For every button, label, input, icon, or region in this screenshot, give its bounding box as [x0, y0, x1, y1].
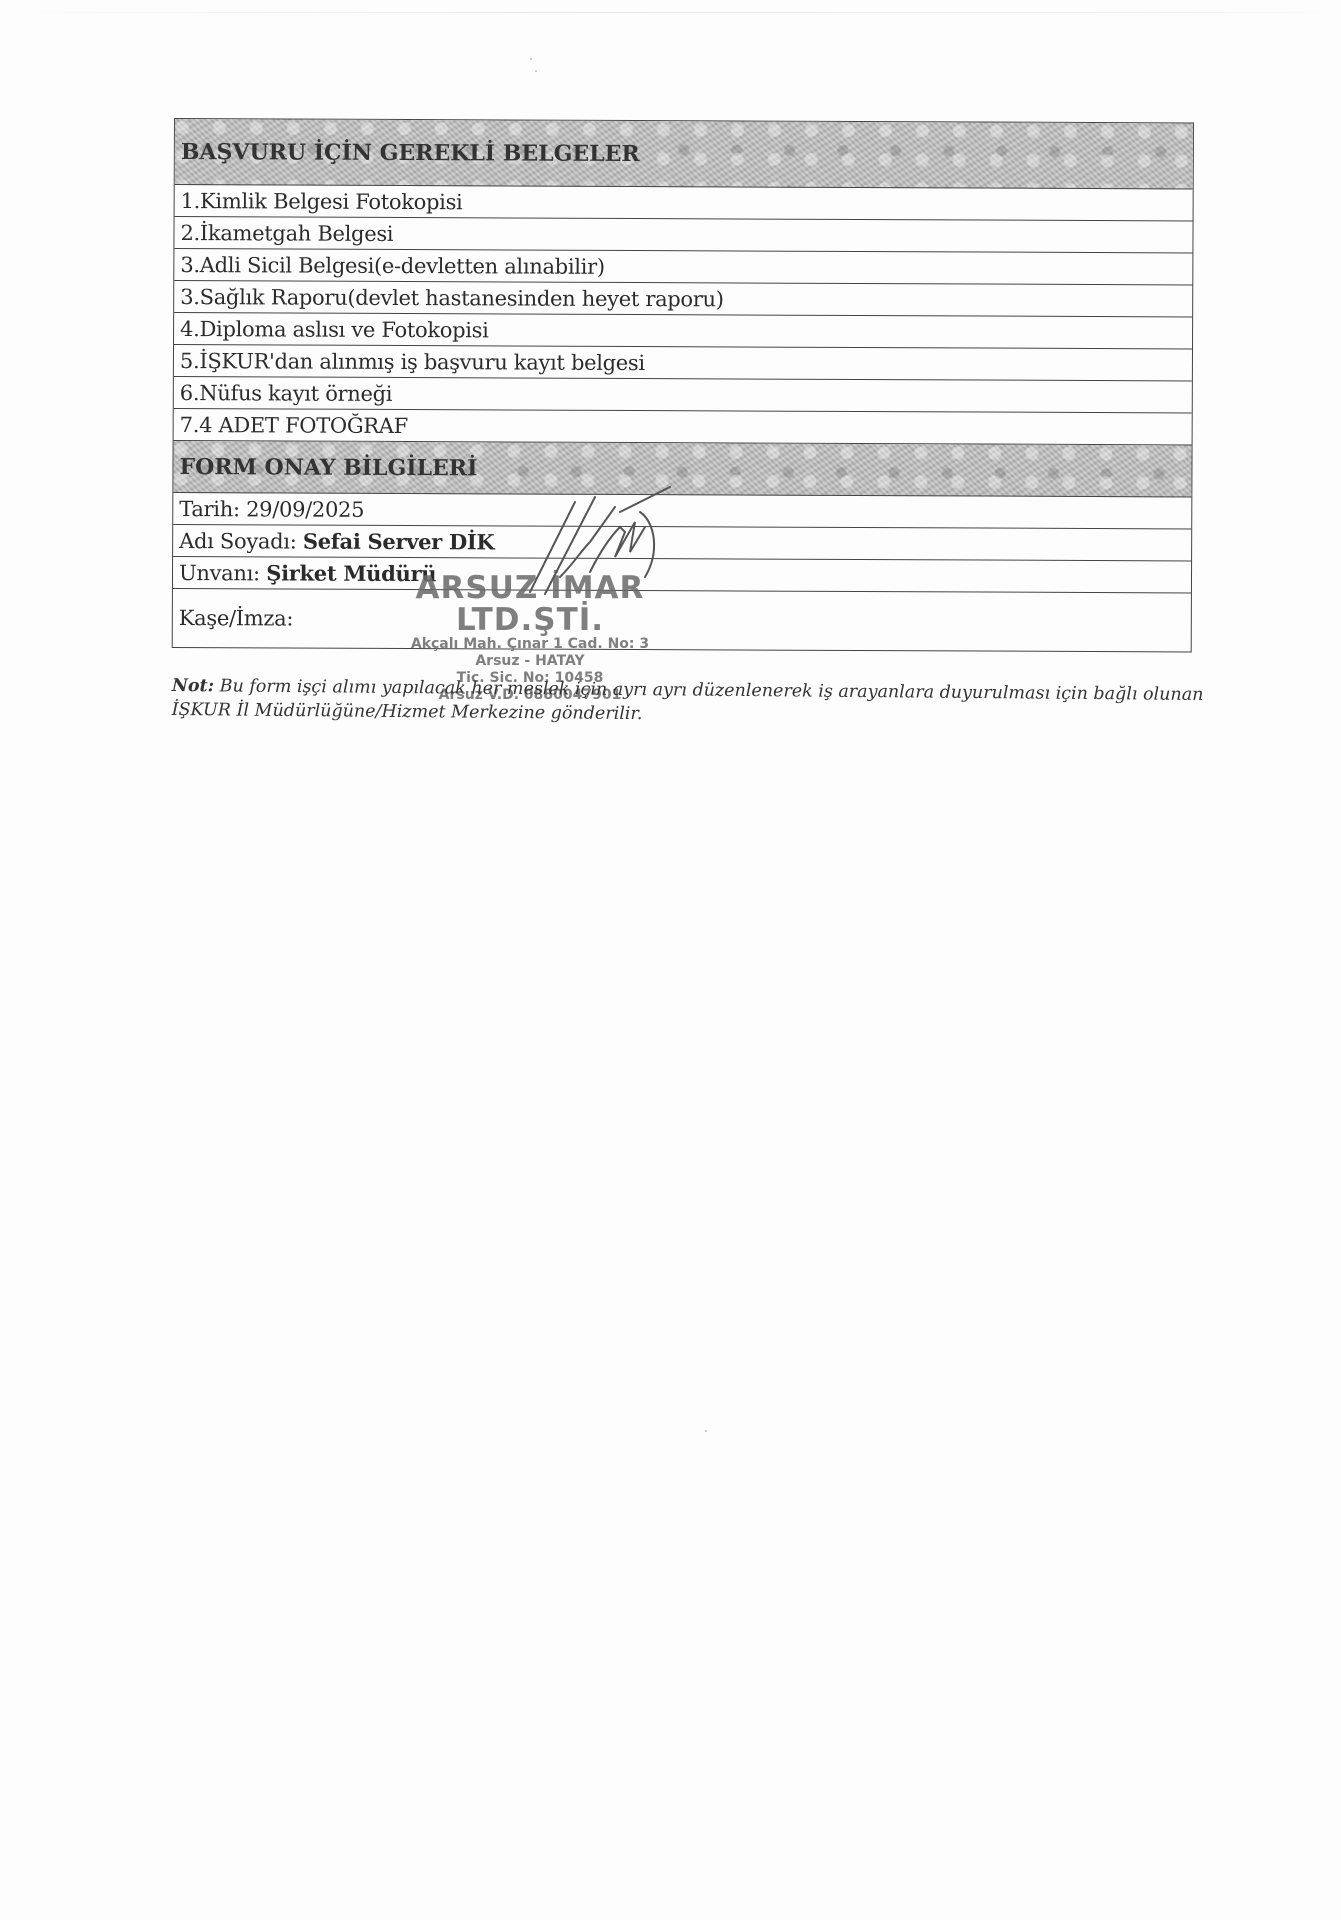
document-item: 2.İkametgah Belgesi	[174, 217, 1192, 253]
name-label: Adı Soyadı:	[179, 529, 296, 554]
scan-edge-line	[0, 12, 1341, 13]
document-item: 5.İŞKUR'dan alınmış iş başvuru kayıt bel…	[174, 345, 1192, 381]
document-item: 6.Nüfus kayıt örneği	[174, 377, 1192, 413]
signature-icon	[520, 482, 680, 602]
name-value: Sefai Server DİK	[303, 529, 495, 555]
scan-speck	[530, 58, 532, 60]
document-item: 3.Adli Sicil Belgesi(e-devletten alınabi…	[174, 249, 1192, 285]
approval-date-row: Tarih: 29/09/2025	[173, 493, 1191, 529]
document-item: 4.Diploma aslısı ve Fotokopisi	[174, 313, 1192, 349]
required-documents-header: BAŞVURU İÇİN GEREKLİ BELGELER	[175, 119, 1193, 189]
date-value: 29/09/2025	[246, 497, 364, 522]
document-item: 7.4 ADET FOTOĞRAF	[174, 409, 1192, 445]
stamp-city: Arsuz - HATAY	[350, 653, 710, 670]
stamp-address: Akçalı Mah. Çınar 1 Cad. No: 3	[350, 636, 710, 653]
document-item: 1.Kimlik Belgesi Fotokopisi	[175, 185, 1193, 221]
form-note: Not: Bu form işçi alımı yapılacak her me…	[172, 674, 1212, 731]
scan-speck	[705, 1430, 707, 1432]
stamp-signature-label: Kaşe/İmza:	[179, 606, 293, 630]
document-item: 3.Sağlık Raporu(devlet hastanesinden hey…	[174, 281, 1192, 317]
approval-name-row: Adı Soyadı: Sefai Server DİK	[173, 525, 1191, 561]
note-label: Not:	[172, 676, 214, 696]
note-text: Bu form işçi alımı yapılacak her meslek …	[172, 676, 1204, 724]
form-approval-header: FORM ONAY BİLGİLERİ	[173, 441, 1191, 497]
date-label: Tarih:	[179, 497, 240, 521]
scan-speck	[535, 70, 537, 72]
title-label: Unvanı:	[179, 561, 260, 585]
